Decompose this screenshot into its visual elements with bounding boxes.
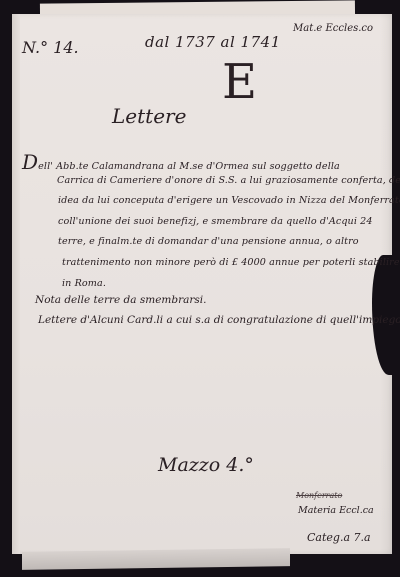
bundle-label: Mazzo 4.°: [158, 454, 254, 476]
nota-line: Nota delle terre da smembrarsi.: [35, 294, 207, 306]
body-line-1: Dell' Abb.te Calamandrana al M.se d'Orme…: [22, 150, 340, 174]
category-line: Categ.a 7.a: [307, 531, 371, 544]
body-line-2: Carrica di Cameriere d'onore di S.S. a l…: [57, 175, 400, 186]
corner-note: Mat.e Eccles.co: [293, 23, 373, 34]
document-number: N.° 14.: [22, 38, 79, 57]
flourish-letter: E: [222, 54, 257, 110]
initial-letter: D: [22, 150, 38, 174]
lettere-line: Lettere d'Alcuni Card.li a cui s.a di co…: [38, 314, 400, 326]
body-line-4: coll'unione dei suoi benefizj, e smembra…: [58, 216, 373, 227]
bottom-sheet-edge: [22, 548, 290, 570]
subject-line: Materia Eccl.ca: [298, 505, 374, 516]
body-line-3: idea da lui conceputa d'erigere un Vesco…: [58, 195, 400, 206]
body-line-6: trattenimento non minore però di £ 4000 …: [62, 257, 400, 268]
body-line-1-text: ell' Abb.te Calamandrana al M.se d'Ormea…: [38, 161, 340, 172]
date-range: dal 1737 al 1741: [145, 33, 281, 51]
body-line-7: in Roma.: [62, 278, 106, 289]
struck-out-text: Monferrato: [296, 491, 342, 500]
body-line-5: terre, e finalm.te di domandar d'una pen…: [58, 236, 359, 247]
left-fold-edge: [12, 14, 20, 554]
document-title: Lettere: [112, 104, 186, 128]
